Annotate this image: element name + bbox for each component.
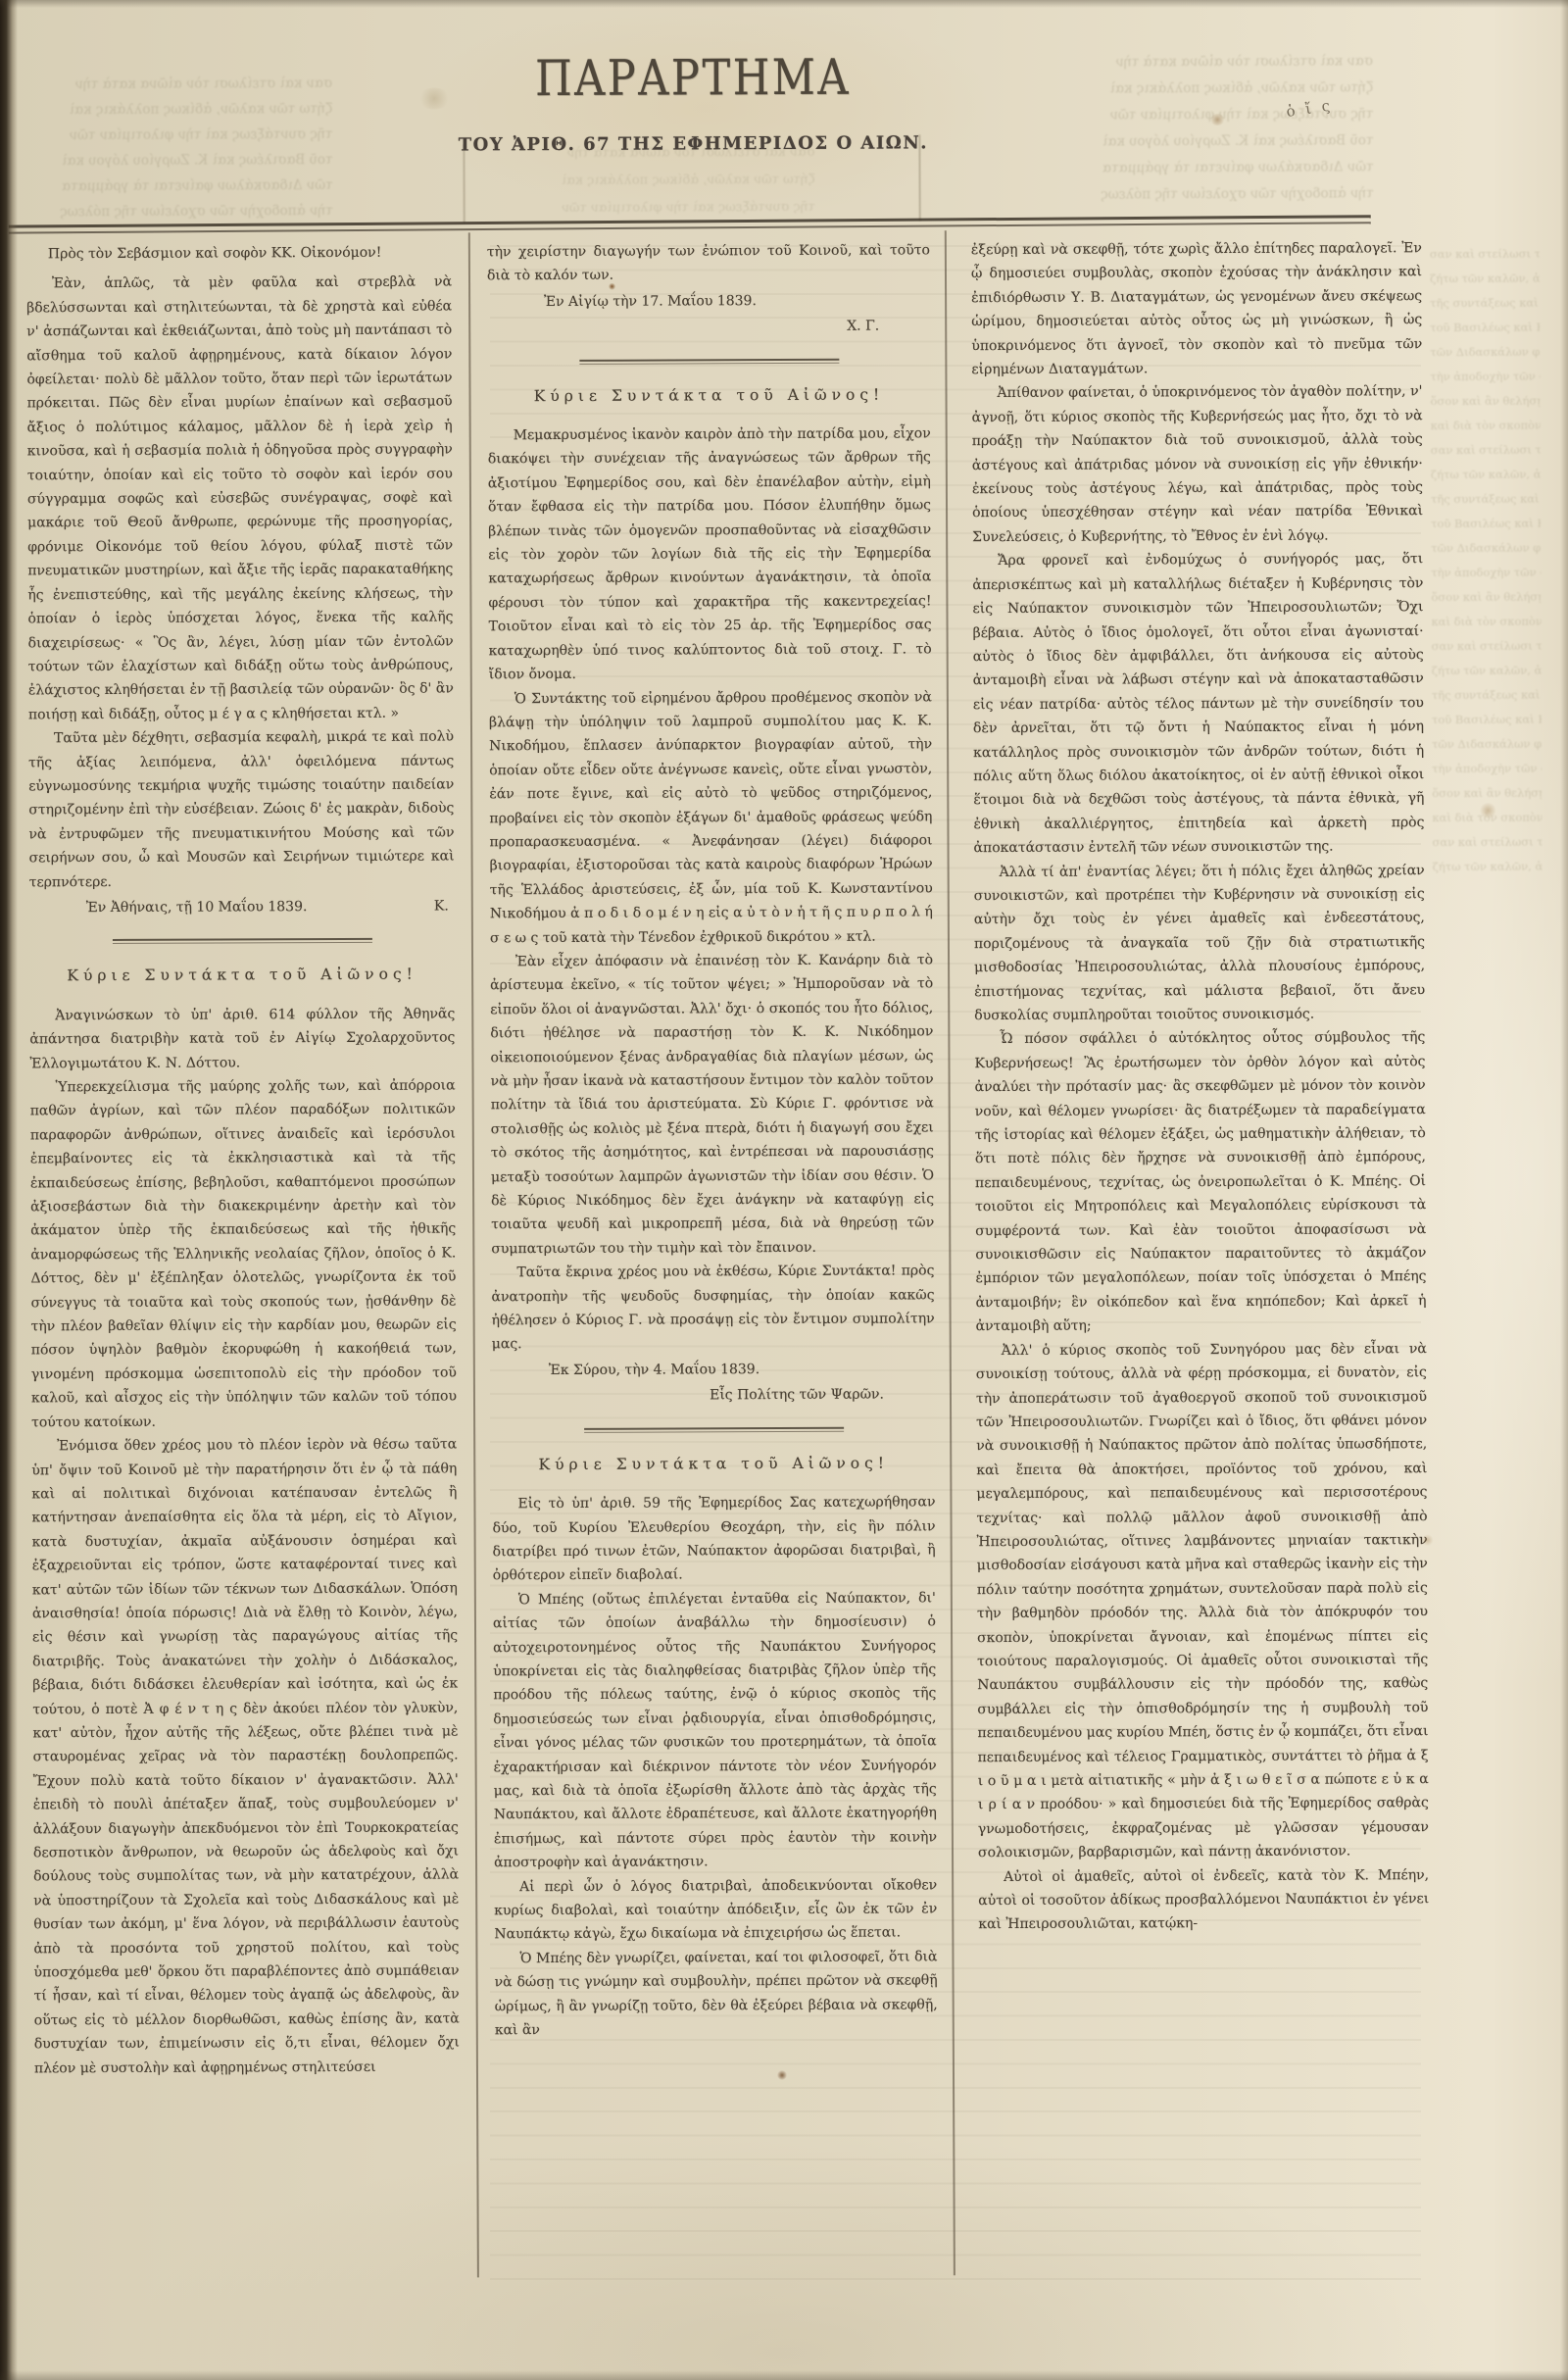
body-paragraph: Αἱ περὶ ὧν ὁ λόγος διατριβαὶ, ἀποδεικνύο… xyxy=(494,1873,937,1947)
dateline-place-date: Ἐκ Σύρου, τὴν 4. Μαΐου 1839. xyxy=(549,1358,759,1382)
bleed-through-line: ὅσον καὶ ἂν θελήσῃ τις νὰ κρίνῃ κατὰ xyxy=(1431,389,1541,414)
body-paragraph: Ὦ πόσον σφάλλει ὁ αὐτόκλητος οὗτος σύμβο… xyxy=(974,1026,1426,1339)
foxing-spot xyxy=(1422,1534,1434,1546)
scan-edge-top xyxy=(0,0,1568,8)
bleed-through-line: ζήτω τῶν καλῶν, ἀδίκως πολλάκις καὶ xyxy=(492,167,815,195)
foxing-spot xyxy=(1209,114,1225,125)
section-divider-rule xyxy=(584,1426,844,1432)
bleed-through-line: καὶ διὰ τὸν σκοπὸν τοῦτον ἐδημοσιεύθη xyxy=(1431,610,1541,634)
bleed-through-line: σαν καὶ στείλωσι τὸν αἰῶνα κατὰ τὴν xyxy=(1431,438,1541,463)
body-paragraph: Ὁ Μπέης δὲν γνωρίζει, φαίνεται, καί τοι … xyxy=(494,1945,937,2043)
section-divider-rule xyxy=(112,938,371,944)
section-heading: Κύριε Συντάκτα τοῦ Αἰῶνος! xyxy=(29,963,455,988)
page-content: σαν καὶ στείλωσι τὸν αἰῶνα κατὰ τὴνζήτω … xyxy=(0,0,1568,2380)
ink-stain xyxy=(777,2070,787,2080)
bleed-through-line: τῆς συντάξεως καὶ τὴν φιλοτιμίαν τῶν xyxy=(1432,683,1542,708)
text-column-2: τὴν χειρίστην διαγωγήν των ἐνώπιον τοῦ Κ… xyxy=(487,238,939,2289)
body-paragraph: Ταῦτα ἔκρινα χρέος μου νὰ ἐκθέσω, Κύριε … xyxy=(491,1260,934,1358)
newspaper-page-scan: σαν καὶ στείλωσι τὸν αἰῶνα κατὰ τὴνζήτω … xyxy=(0,0,1568,2380)
body-paragraph: Μεμακρυσμένος ἱκανὸν καιρὸν ἀπὸ τὴν πατρ… xyxy=(488,421,932,686)
text-column-1: Πρὸς τὸν Σεβάσμιον καὶ σοφὸν ΚΚ. Οἰκονόμ… xyxy=(26,240,461,2291)
signature: Χ. Γ. xyxy=(487,315,930,340)
bleed-through-line: σαν καὶ στείλωσι τὸν αἰῶνα κατὰ τὴν xyxy=(1432,634,1542,659)
body-paragraph: Ἐὰν εἶχεν ἀπόφασιν νὰ ἐπαινέσῃ τὸν Κ. Κα… xyxy=(490,948,934,1261)
signature: Εἷς Πολίτης τῶν Ψαρῶν. xyxy=(492,1383,935,1409)
bleed-through-line: τὴν ἀποδοχὴν τῶν σχολείων τῆς πόλεως xyxy=(1432,757,1542,781)
bleed-through-line: τὴν ἀποδοχὴν τῶν σχολείων τῆς πόλεως xyxy=(1430,365,1540,389)
bleed-through-line: τῶν Διδασκάλων φαίνεται τὰ γράμματα xyxy=(24,173,333,199)
bleed-through-line: τοῦ Βασιλέως καὶ Κ. Ζωργίου λόγου καὶ xyxy=(1430,316,1540,340)
body-paragraph: Ὁ Συντάκτης τοῦ εἰρημένου ἄρθρου προθέμε… xyxy=(489,685,933,950)
text-column-3: ἐξεύρῃ καὶ νὰ σκεφθῇ, τότε χωρὶς ἄλλο ἐπ… xyxy=(971,236,1431,2287)
bleed-through-line: ζήτω τῶν καλῶν, ἀδίκως πολλάκις καὶ xyxy=(1432,659,1542,683)
dateline: Ἐκ Σύρου, τὴν 4. Μαΐου 1839. xyxy=(492,1355,935,1382)
bleed-through-text-right-margin: σαν καὶ στείλωσι τὸν αἰῶνα κατὰ τὴνζήτω … xyxy=(1430,242,1543,889)
foxing-spot xyxy=(1479,803,1496,818)
masthead: ΠΑΡΑΡΤΗΜΑ ΤΟΥ ἈΡΙΘ. 67 ΤΗΣ ΕΦΗΜΕΡΙΔΟΣ Ο … xyxy=(11,0,1376,157)
column-divider-rule-1 xyxy=(468,232,479,2277)
body-paragraph: Ὁ Μπέης (οὕτως ἐπιλέγεται ἐνταῦθα εἰς Να… xyxy=(493,1586,937,1875)
ink-stain xyxy=(609,283,615,290)
bleed-through-line: τὴν ἀποδοχὴν τῶν σχολείων τῆς πόλεως xyxy=(1431,561,1541,585)
bleed-through-line: τῆς συντάξεως καὶ τὴν φιλοτιμίαν τῶν xyxy=(1430,291,1540,316)
body-paragraph: Ἀπίθανον φαίνεται, ὁ ὑποκρινόμενος τὸν ἀ… xyxy=(971,380,1423,550)
column-divider-rule-2 xyxy=(945,230,955,2275)
scan-gutter-shadow-left xyxy=(0,0,18,2380)
bleed-through-line: τῶν Διδασκάλων φαίνεται τὰ γράμματα xyxy=(1430,340,1540,365)
body-paragraph: Εἰς τὸ ὑπ' ἀριθ. 59 τῆς Ἐφημερίδος Σας κ… xyxy=(492,1490,935,1588)
dateline: Ἐν Αἰγίῳ τὴν 17. Μαΐου 1839. xyxy=(487,286,930,314)
bleed-through-line: τοῦ Βασιλέως καὶ Κ. Ζωργίου λόγου καὶ xyxy=(1431,512,1541,536)
section-heading: Κύριε Συντάκτα τοῦ Αἰῶνος! xyxy=(492,1451,935,1476)
body-paragraph: τὴν χειρίστην διαγωγήν των ἐνώπιον τοῦ Κ… xyxy=(487,238,930,288)
bleed-through-line: καὶ διὰ τὸν σκοπὸν τοῦτον ἐδημοσιεύθη xyxy=(1431,414,1541,438)
section-heading: Κύριε Συντάκτα τοῦ Αἰῶνος! xyxy=(487,382,930,408)
body-paragraph: ἐξεύρῃ καὶ νὰ σκεφθῇ, τότε χωρὶς ἄλλο ἐπ… xyxy=(971,236,1423,381)
body-paragraph: Ἐνόμισα ὅθεν χρέος μου τὸ πλέον ἱερὸν νὰ… xyxy=(31,1433,460,2081)
bleed-through-column-rule xyxy=(463,144,465,223)
body-paragraph: Αὐτοὶ οἱ ἀμαθεῖς, αὐτοὶ οἱ ἐνδεεῖς, κατὰ… xyxy=(978,1863,1429,1937)
bleed-through-line: τοῦ Βασιλέως καὶ Κ. Ζωργίου λόγου καὶ xyxy=(1432,708,1542,732)
body-paragraph: Ἀλλ' ὁ κύριος σκοπὸς τοῦ Συνηγόρου μας δ… xyxy=(976,1337,1429,1865)
bleed-through-line: σαν καὶ στείλωσι τὸν αἰῶνα κατὰ τὴν xyxy=(1432,830,1542,855)
bleed-through-line: τὴν ἀποδοχὴν τῶν σχολείων τῆς πόλεως xyxy=(24,198,333,224)
dateline-place-date: Ἐν Αἰγίῳ τὴν 17. Μαΐου 1839. xyxy=(544,289,757,314)
dateline-place-date: Ἐν Ἀθήναις, τῇ 10 Μαΐου 1839. xyxy=(86,895,308,919)
bleed-through-line: τῆς συντάξεως καὶ τὴν φιλοτιμίαν τῶν xyxy=(1431,487,1541,512)
body-paragraph: Ταῦτα μὲν δέχθητι, σεβασμία κεφαλὴ, μικρ… xyxy=(28,725,455,895)
bleed-through-line: σαν καὶ στείλωσι τὸν αἰῶνα κατὰ τὴν xyxy=(1430,242,1540,267)
bleed-through-line: τῶν Διδασκάλων φαίνεται τὰ γράμματα xyxy=(1432,732,1542,757)
body-paragraph: Ἀλλὰ τί ἀπ' ἐναντίας λέγει; ὅτι ἡ πόλις … xyxy=(974,859,1426,1028)
bleed-through-line: ζήτω τῶν καλῶν, ἀδίκως πολλάκις καὶ xyxy=(1433,855,1543,879)
body-paragraph: Ἄρα φρονεῖ καὶ ἐνδομύχως ὁ συνήγορός μας… xyxy=(972,547,1424,860)
bleed-through-line: ζήτω τῶν καλῶν, ἀδίκως πολλάκις καὶ xyxy=(1430,267,1540,291)
scan-edge-right xyxy=(1560,0,1568,2380)
dateline: Ἐν Ἀθήναις, τῇ 10 Μαΐου 1839.Κ. xyxy=(29,892,455,919)
bleed-through-line: τὴν ἀποδοχὴν τῶν σχολείων τῆς πόλεως xyxy=(953,180,1374,209)
foxing-spot xyxy=(417,87,451,109)
body-paragraph: Ἀναγινώσκων τὸ ὑπ' ἀριθ. 614 φύλλον τῆς … xyxy=(29,1002,455,1075)
salutation-line: Πρὸς τὸν Σεβάσμιον καὶ σοφὸν ΚΚ. Οἰκονόμ… xyxy=(26,240,452,266)
bleed-through-line: ὅσον καὶ ἂν θελήσῃ τις νὰ κρίνῃ κατὰ xyxy=(1431,585,1541,610)
section-divider-rule xyxy=(579,358,839,364)
bleed-through-line: τῶν Διδασκάλων φαίνεται τὰ γράμματα xyxy=(952,154,1373,182)
newspaper-title: ΠΑΡΑΡΤΗΜΑ xyxy=(106,47,1279,109)
scan-edge-bottom xyxy=(0,2370,1568,2380)
signature-initial: Κ. xyxy=(434,894,449,917)
body-paragraph: Ἐὰν, ἁπλῶς, τὰ μὲν φαῦλα καὶ στρεβλὰ νὰ … xyxy=(26,271,454,727)
body-paragraph: Ὑπερεκχείλισμα τῆς μαύρης χολῆς των, καὶ… xyxy=(30,1073,458,1434)
bleed-through-line: ζήτω τῶν καλῶν, ἀδίκως πολλάκις καὶ xyxy=(1431,463,1541,487)
bleed-through-line: τῶν Διδασκάλων φαίνεται τὰ γράμματα xyxy=(1431,536,1541,561)
